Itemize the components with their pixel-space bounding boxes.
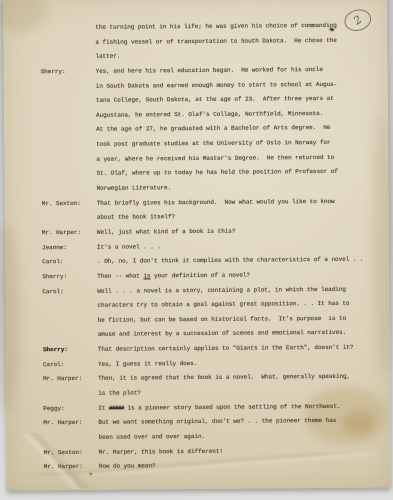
speaker-label: Mr. Harper:: [42, 226, 81, 241]
speaker-label: Sherry:: [43, 343, 68, 358]
line-text: How do you mean?: [99, 458, 388, 475]
scanned-document-page: 2 the turning point in his life; he was …: [0, 0, 393, 500]
speaker-label: Carol:: [43, 358, 64, 373]
speaker-label: Peggy:: [43, 402, 64, 417]
speaker-label: Carol:: [42, 285, 63, 300]
speaker-label: Mr. Sexton:: [44, 445, 83, 460]
paper-stain: [0, 222, 20, 412]
speaker-label: Mr. Harper:: [43, 372, 82, 387]
speaker-label: Sherry:: [41, 65, 66, 80]
speaker-label: Jeanne:: [42, 241, 67, 256]
speaker-label: Carol:: [42, 255, 63, 270]
speaker-label: Mr. Harper:: [44, 460, 83, 475]
speaker-label: Sherry:: [42, 270, 67, 285]
dialogue-line: Mr. Harper:How do you mean?: [44, 458, 388, 475]
typewritten-paper-sheet: 2 the turning point in his life; he was …: [3, 0, 391, 491]
speaker-label: Mr. Sexton:: [42, 197, 81, 212]
speaker-label: Mr. Harper:: [43, 416, 82, 431]
dialogue: the turning point in his life; he was gi…: [40, 19, 388, 476]
